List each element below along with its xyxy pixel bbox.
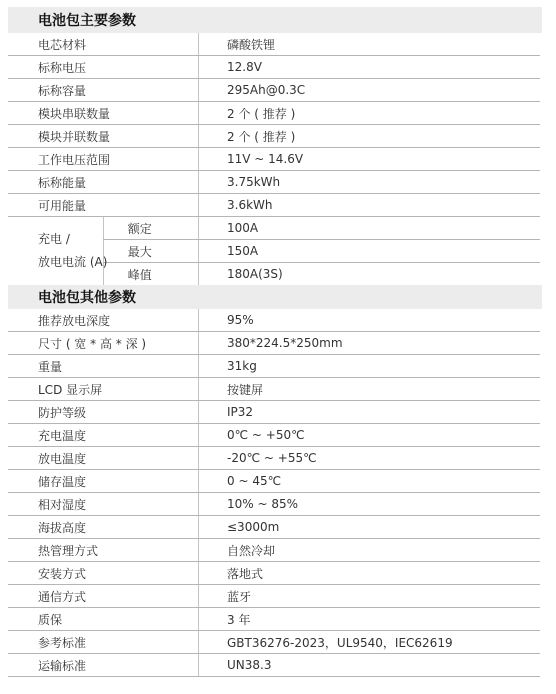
table-row: 充电 / 放电电流 (A) 额定 100A xyxy=(8,217,540,240)
table-row: 质保3 年 xyxy=(8,608,540,631)
row-value: 2 个 ( 推荐 ) xyxy=(199,102,541,125)
row-label: 重量 xyxy=(8,355,199,378)
table-row: 相对湿度10% ~ 85% xyxy=(8,493,540,516)
row-value: 自然冷却 xyxy=(199,539,541,562)
table-row: 海拔高度≤3000m xyxy=(8,516,540,539)
row-label: 放电温度 xyxy=(8,447,199,470)
row-label: 热管理方式 xyxy=(8,539,199,562)
row-value: UN38.3 xyxy=(199,654,541,677)
row-label: 标称能量 xyxy=(8,171,199,194)
sub-label: 额定 xyxy=(103,217,198,240)
table-row: 储存温度0 ~ 45℃ xyxy=(8,470,540,493)
row-value: -20℃ ~ +55℃ xyxy=(199,447,541,470)
current-group-label-line1: 充电 / xyxy=(38,228,103,251)
table-row: 放电温度-20℃ ~ +55℃ xyxy=(8,447,540,470)
row-label: 安装方式 xyxy=(8,562,199,585)
row-value: 按键屏 xyxy=(199,378,541,401)
table-row: 尺寸 ( 宽 * 高 * 深 )380*224.5*250mm xyxy=(8,332,540,355)
row-label: 运输标准 xyxy=(8,654,199,677)
table-row: LCD 显示屏按键屏 xyxy=(8,378,540,401)
row-value: 180A(3S) xyxy=(199,263,541,286)
row-value: 蓝牙 xyxy=(199,585,541,608)
row-label: 相对湿度 xyxy=(8,493,199,516)
row-label: 推荐放电深度 xyxy=(8,309,199,332)
table-row: 标称能量 3.75kWh xyxy=(8,171,540,194)
table-row: 热管理方式自然冷却 xyxy=(8,539,540,562)
table-row: 推荐放电深度95% xyxy=(8,309,540,332)
table-row: 充电温度0℃ ~ +50℃ xyxy=(8,424,540,447)
other-params-table: 推荐放电深度95% 尺寸 ( 宽 * 高 * 深 )380*224.5*250m… xyxy=(8,309,540,677)
row-value: 3.6kWh xyxy=(199,194,541,217)
row-label: 充电温度 xyxy=(8,424,199,447)
row-value: 100A xyxy=(199,217,541,240)
table-row: 工作电压范围 11V ~ 14.6V xyxy=(8,148,540,171)
row-value: 落地式 xyxy=(199,562,541,585)
row-value: 0 ~ 45℃ xyxy=(199,470,541,493)
row-value: 11V ~ 14.6V xyxy=(199,148,541,171)
row-label: 可用能量 xyxy=(8,194,199,217)
section-header-main-params: 电池包主要参数 xyxy=(8,7,542,33)
table-row: 模块串联数量 2 个 ( 推荐 ) xyxy=(8,102,540,125)
row-label: 电芯材料 xyxy=(8,33,199,56)
current-group-label: 充电 / 放电电流 (A) xyxy=(8,217,103,286)
row-label: 标称电压 xyxy=(8,56,199,79)
row-label: 质保 xyxy=(8,608,199,631)
table-row: 重量31kg xyxy=(8,355,540,378)
row-value: 95% xyxy=(199,309,541,332)
row-value: 磷酸铁锂 xyxy=(199,33,541,56)
row-value: ≤3000m xyxy=(199,516,541,539)
table-row: 参考标准GBT36276-2023，UL9540，IEC62619 xyxy=(8,631,540,654)
main-params-table: 电芯材料 磷酸铁锂 标称电压 12.8V 标称容量 295Ah@0.3C 模块串… xyxy=(8,33,540,285)
table-row: 安装方式落地式 xyxy=(8,562,540,585)
row-label: 工作电压范围 xyxy=(8,148,199,171)
spec-sheet: 电池包主要参数 电芯材料 磷酸铁锂 标称电压 12.8V 标称容量 295Ah@… xyxy=(8,7,542,677)
row-value: IP32 xyxy=(199,401,541,424)
row-label: LCD 显示屏 xyxy=(8,378,199,401)
row-value: 2 个 ( 推荐 ) xyxy=(199,125,541,148)
row-value: 12.8V xyxy=(199,56,541,79)
row-value: 31kg xyxy=(199,355,541,378)
section-header-other-params: 电池包其他参数 xyxy=(8,285,542,309)
table-row: 防护等级IP32 xyxy=(8,401,540,424)
sub-label: 最大 xyxy=(103,240,198,263)
table-row: 通信方式蓝牙 xyxy=(8,585,540,608)
table-row: 标称电压 12.8V xyxy=(8,56,540,79)
row-value: 3.75kWh xyxy=(199,171,541,194)
row-value: GBT36276-2023，UL9540，IEC62619 xyxy=(199,631,541,654)
current-group-label-line2: 放电电流 (A) xyxy=(38,251,103,274)
table-row: 电芯材料 磷酸铁锂 xyxy=(8,33,540,56)
row-label: 尺寸 ( 宽 * 高 * 深 ) xyxy=(8,332,199,355)
table-row: 运输标准UN38.3 xyxy=(8,654,540,677)
table-row: 标称容量 295Ah@0.3C xyxy=(8,79,540,102)
row-label: 储存温度 xyxy=(8,470,199,493)
row-value: 0℃ ~ +50℃ xyxy=(199,424,541,447)
row-value: 3 年 xyxy=(199,608,541,631)
row-label: 海拔高度 xyxy=(8,516,199,539)
table-row: 模块并联数量 2 个 ( 推荐 ) xyxy=(8,125,540,148)
table-row: 可用能量 3.6kWh xyxy=(8,194,540,217)
sub-label: 峰值 xyxy=(103,263,198,286)
row-value: 10% ~ 85% xyxy=(199,493,541,516)
row-label: 模块并联数量 xyxy=(8,125,199,148)
row-label: 模块串联数量 xyxy=(8,102,199,125)
row-label: 参考标准 xyxy=(8,631,199,654)
row-label: 防护等级 xyxy=(8,401,199,424)
row-value: 150A xyxy=(199,240,541,263)
row-value: 295Ah@0.3C xyxy=(199,79,541,102)
row-label: 标称容量 xyxy=(8,79,199,102)
row-value: 380*224.5*250mm xyxy=(199,332,541,355)
row-label: 通信方式 xyxy=(8,585,199,608)
